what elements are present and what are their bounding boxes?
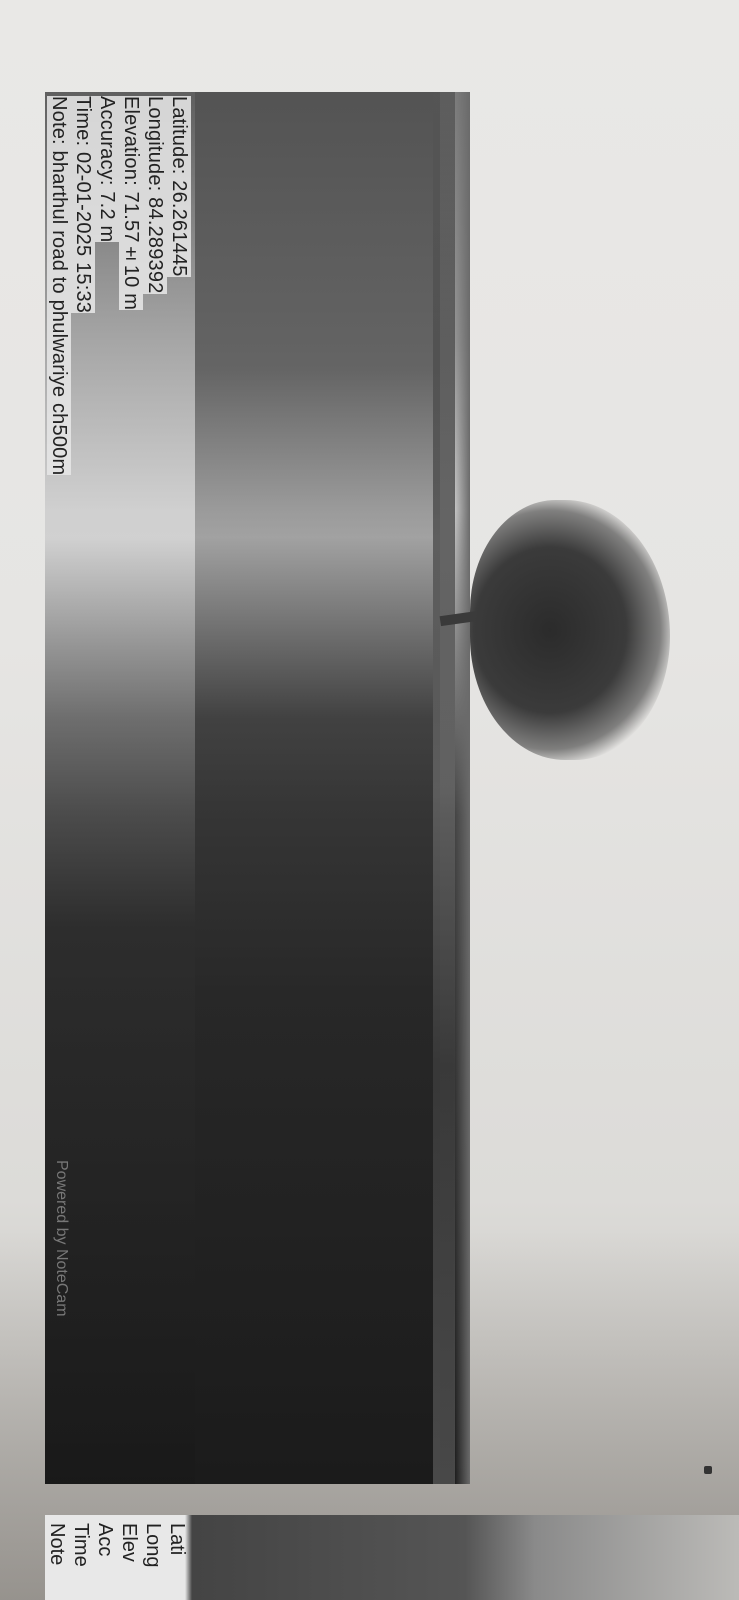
next-longitude-text: Long	[141, 1523, 165, 1568]
horizon-line	[433, 92, 455, 1484]
accuracy-text: Accuracy: 7.2 m	[95, 96, 119, 242]
next-latitude-text: Lati	[165, 1523, 189, 1555]
next-note-text: Note	[45, 1523, 69, 1565]
time-text: Time: 02-01-2025 15:33	[71, 96, 95, 313]
next-accuracy-text: Acc	[93, 1523, 117, 1556]
next-elevation-text: Elev	[117, 1523, 141, 1562]
tree-line	[195, 92, 440, 1484]
next-time-text: Time	[69, 1523, 93, 1567]
note-text: Note: bharthul road to phulwariye ch500m	[47, 96, 71, 475]
tree-crown	[470, 500, 670, 760]
next-print-partial: Lati Long Elev Acc Time Note	[45, 1515, 739, 1600]
paper-speck	[704, 1466, 712, 1474]
longitude-text: Longitude: 84.289392	[143, 96, 167, 294]
latitude-text: Latitude: 26.261445	[167, 96, 191, 277]
elevation-text: Elevation: 71.57±10 m	[119, 96, 143, 310]
metadata-overlay: Latitude: 26.261445 Longitude: 84.289392…	[47, 96, 192, 566]
watermark: Powered by NoteCam	[52, 1160, 70, 1317]
